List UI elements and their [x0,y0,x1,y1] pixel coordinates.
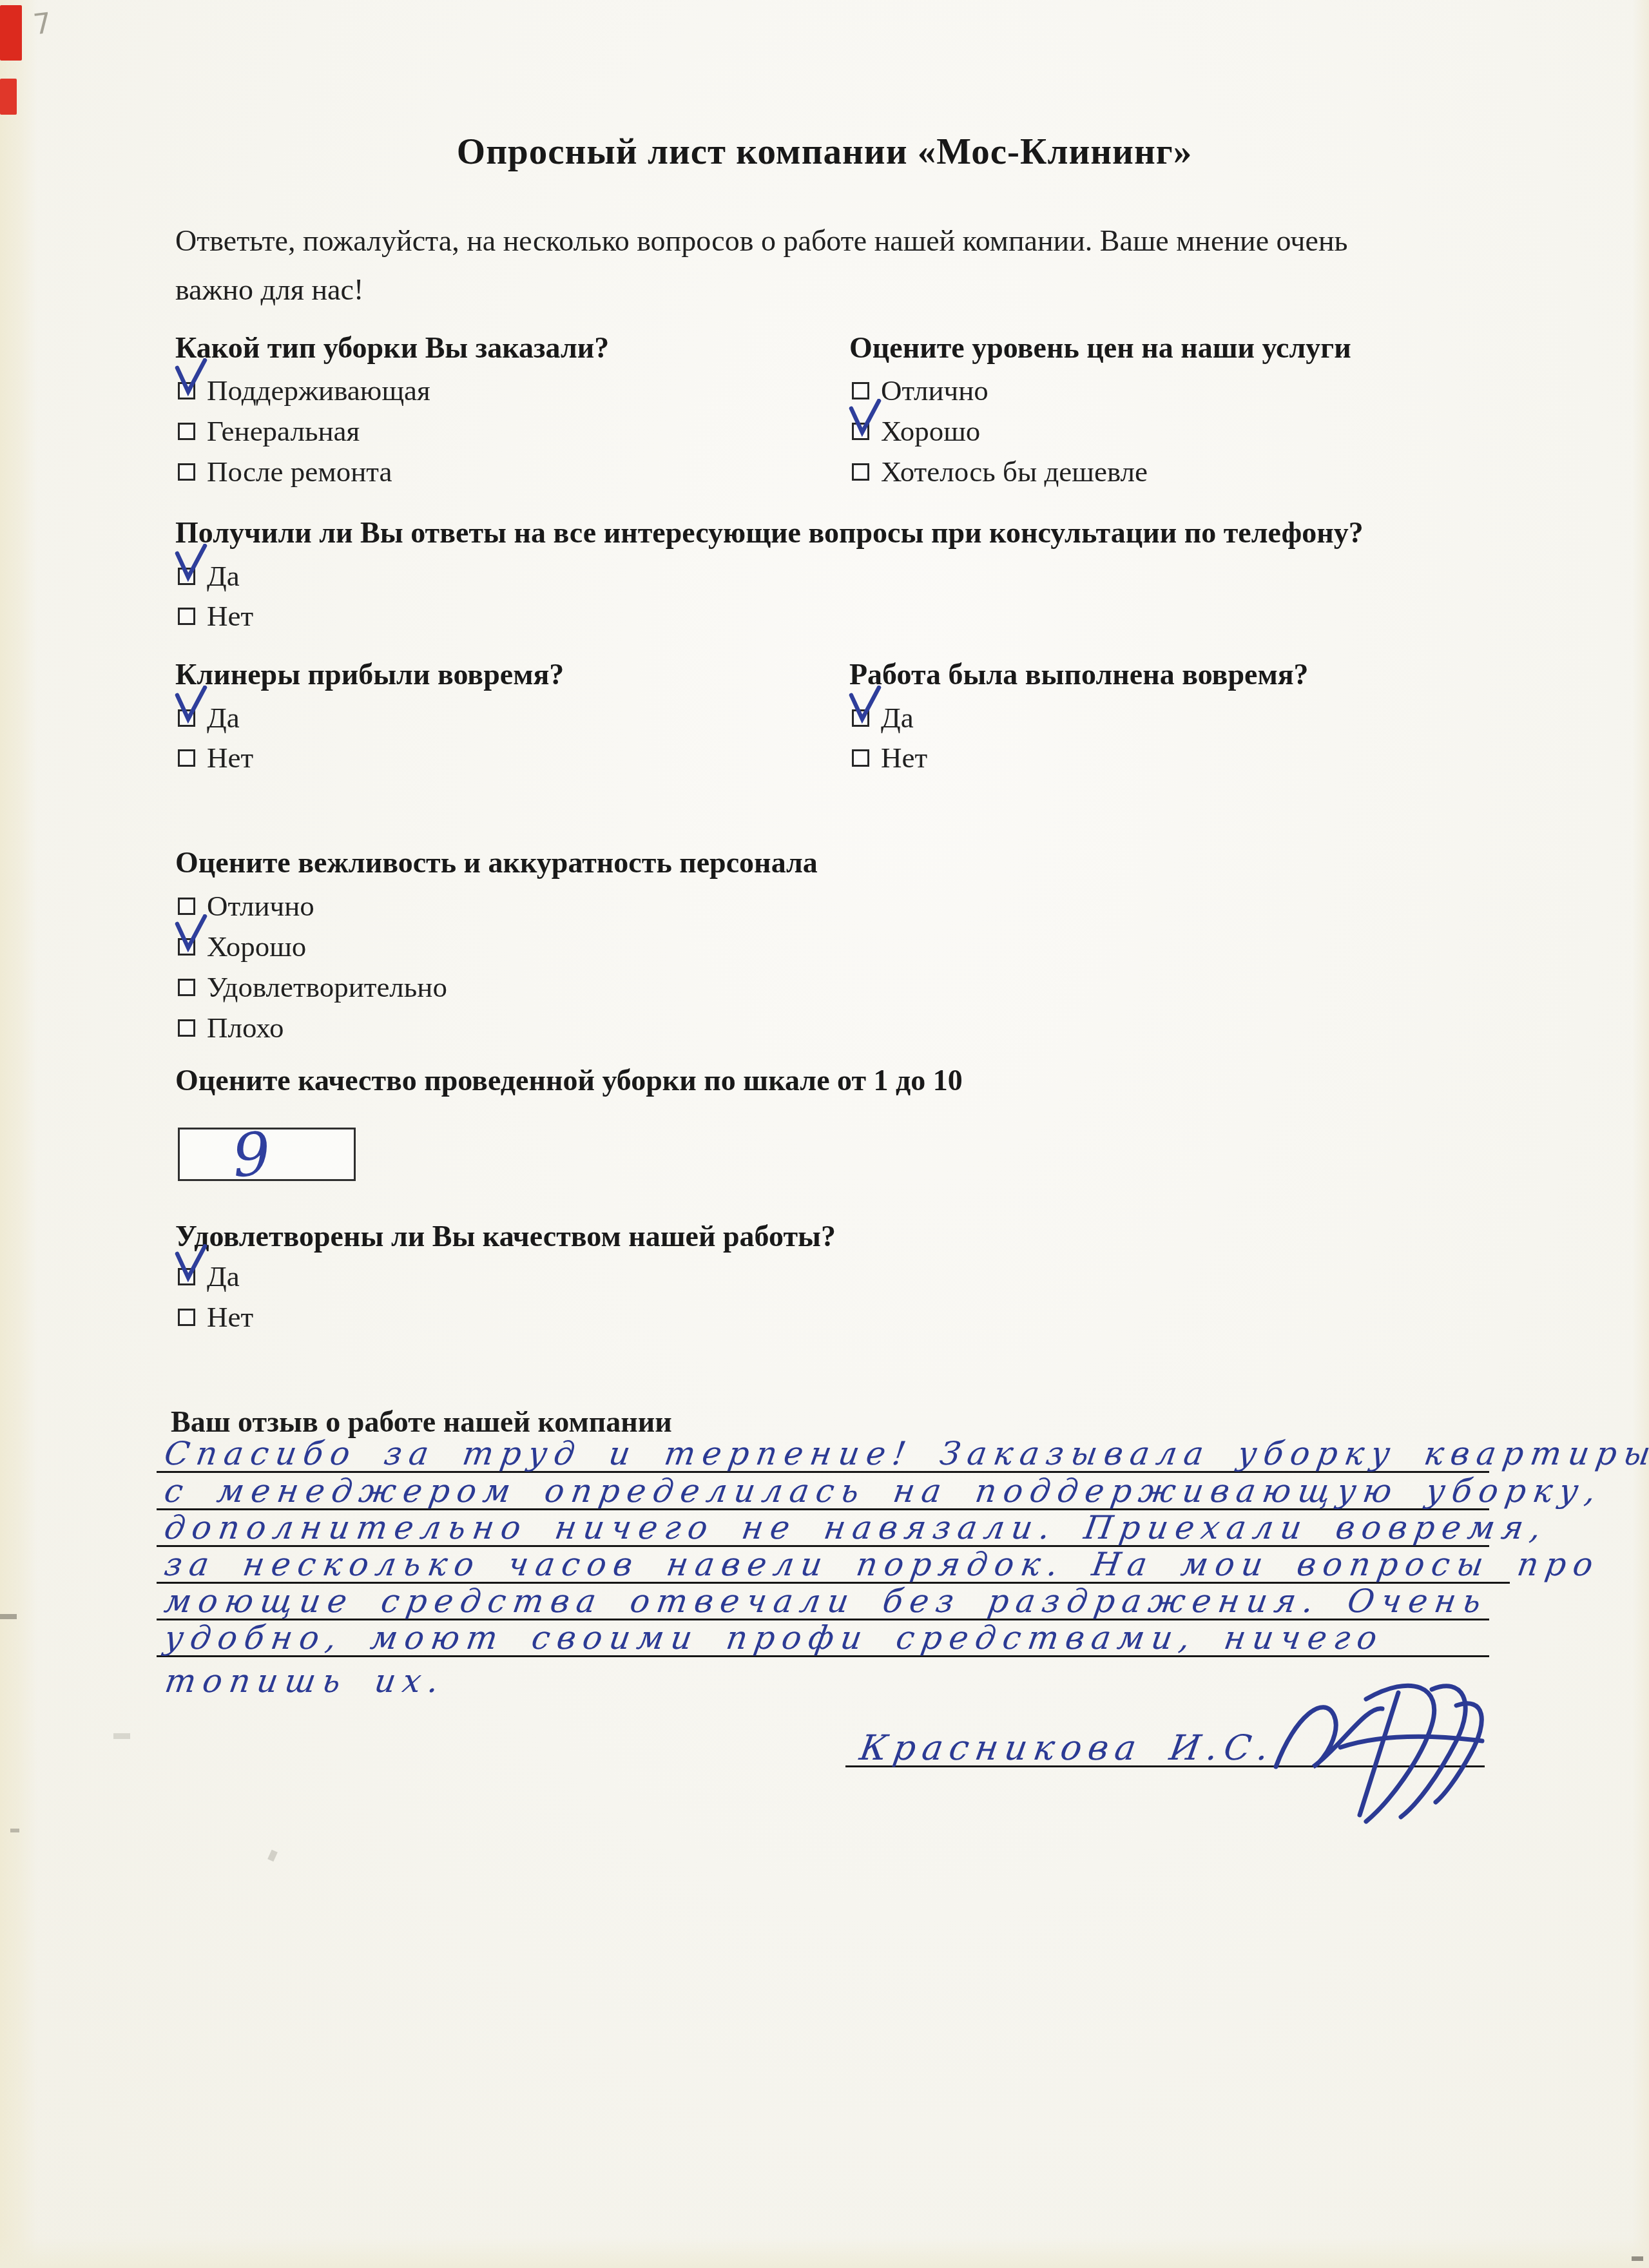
checkbox[interactable] [178,608,195,625]
question-cleaning-type: Какой тип уборки Вы заказали? [175,331,609,365]
scan-speck [267,1850,278,1862]
intro-line-2: важно для нас! [175,265,1348,314]
checkbox[interactable] [178,1309,195,1326]
checkbox[interactable] [852,382,869,399]
question-satisfied: Удовлетворены ли Вы качеством нашей рабо… [175,1219,836,1253]
question-politeness: Оцените вежливость и аккуратность персон… [175,845,818,879]
option-label: Отлично [881,374,988,407]
checkbox[interactable] [852,709,869,727]
option-label: Да [207,560,240,592]
option-label: Хотелось бы дешевле [881,456,1148,488]
option-label: Плохо [207,1012,284,1044]
paper-edge-shadow-bottom [0,2237,1649,2268]
option-work-net: Нет [852,741,927,778]
option-price-khorosho: Хорошо [852,414,980,452]
scan-speck [113,1733,130,1739]
option-label: Да [881,702,914,734]
paper-edge-shadow-right [1632,0,1649,2268]
question-quality-scale: Оцените качество проведенной уборки по ш… [175,1063,963,1097]
handwritten-score: 9 [230,1119,273,1191]
option-label: Генеральная [207,415,360,447]
checkbox[interactable] [178,938,195,956]
option-label: Да [207,702,240,734]
option-label: Хорошо [881,415,980,447]
review-ruled-line: дополнительно ничего не навязали. Приеха… [157,1510,1489,1547]
option-label: Нет [207,1301,253,1333]
scan-speck [1632,2256,1643,2261]
checkbox[interactable] [178,749,195,767]
review-ruled-line: удобно, моют своими профи средствами, ни… [157,1620,1489,1657]
handwritten-review-line: за несколько часов навели порядок. На мо… [162,1546,1603,1583]
score-input-box[interactable]: 9 [178,1128,356,1181]
question-work-on-time: Работа была выполнена вовремя? [849,657,1309,691]
option-phone-net: Нет [178,599,253,637]
option-label: Нет [207,742,253,774]
handwritten-review-line: с менеджером определилась на поддерживаю… [162,1472,1605,1510]
scanned-survey-page: { "form": { "title": "Опросный лист комп… [0,0,1649,2268]
review-ruled-line: за несколько часов навели порядок. На мо… [157,1546,1510,1584]
option-type-posle-remonta: После ремонта [178,455,392,492]
handwritten-review-line: дополнительно ничего не навязали. Приеха… [162,1509,1550,1546]
question-phone-consultation: Получили ли Вы ответы на все интересующи… [175,515,1364,550]
paper-edge-shadow-left [0,0,37,2268]
intro-text: Ответьте, пожалуйста, на несколько вопро… [175,216,1348,314]
option-label: Поддерживающая [207,374,430,407]
checkbox[interactable] [178,709,195,727]
checkbox[interactable] [852,463,869,481]
option-label: Удовлетворительно [207,971,447,1003]
handwritten-review-line: удобно, моют своими профи средствами, ни… [162,1619,1387,1657]
checkbox[interactable] [178,568,195,585]
option-label: Нет [881,742,927,774]
option-cleaners-da: Да [178,701,240,738]
option-phone-da: Да [178,559,240,597]
question-price-level: Оцените уровень цен на наши услуги [849,331,1351,365]
option-polite-otlichno: Отлично [178,889,314,927]
option-type-podderzhivayushchaya: Поддерживающая [178,374,430,411]
review-ruled-line: моющие средства отвечали без раздражения… [157,1583,1489,1620]
option-price-otlichno: Отлично [852,374,988,411]
question-cleaners-on-time: Клинеры прибыли вовремя? [175,657,564,691]
option-label: После ремонта [207,456,392,488]
option-cleaners-net: Нет [178,741,253,778]
checkbox[interactable] [178,423,195,440]
handwritten-review-line-last: топишь их. [162,1662,443,1700]
option-label: Отлично [207,890,314,922]
option-satisfied-da: Да [178,1260,240,1297]
option-label: Хорошо [207,930,306,963]
checkbox[interactable] [852,749,869,767]
review-ruled-line: с менеджером определилась на поддерживаю… [157,1473,1489,1510]
signature-name: Красникова И.С. [857,1727,1278,1768]
option-label: Нет [207,600,253,632]
option-polite-khorosho: Хорошо [178,930,306,967]
option-work-da: Да [852,701,914,738]
signature-ruled-line: Красникова И.С. [845,1730,1485,1767]
handwritten-review-line: моющие средства отвечали без раздражения… [162,1582,1490,1620]
intro-line-1: Ответьте, пожалуйста, на несколько вопро… [175,216,1348,265]
option-polite-plokho: Плохо [178,1011,284,1048]
review-ruled-line: Спасибо за труд и терпение! Заказывала у… [157,1436,1489,1473]
checkbox[interactable] [178,463,195,481]
scan-speck [0,1614,17,1619]
pencil-mark: 7 [32,6,53,41]
scan-speck [10,1829,19,1832]
checkbox[interactable] [178,382,195,399]
handwritten-review-line: Спасибо за труд и терпение! Заказывала у… [162,1435,1649,1472]
option-price-deshevle: Хотелось бы дешевле [852,455,1148,492]
checkbox[interactable] [178,1268,195,1285]
option-label: Да [207,1260,240,1293]
option-polite-udovletvoritelno: Удовлетворительно [178,970,447,1008]
review-title: Ваш отзыв о работе нашей компании [171,1405,672,1439]
checkbox[interactable] [178,979,195,996]
option-satisfied-net: Нет [178,1300,253,1338]
option-type-generalnaya: Генеральная [178,414,360,452]
checkbox[interactable] [178,1019,195,1037]
checkbox[interactable] [178,898,195,915]
page-title: Опросный лист компании «Мос-Клининг» [0,131,1649,173]
checkbox[interactable] [852,423,869,440]
scanner-red-mark [0,79,17,115]
scanner-red-mark [0,5,22,61]
